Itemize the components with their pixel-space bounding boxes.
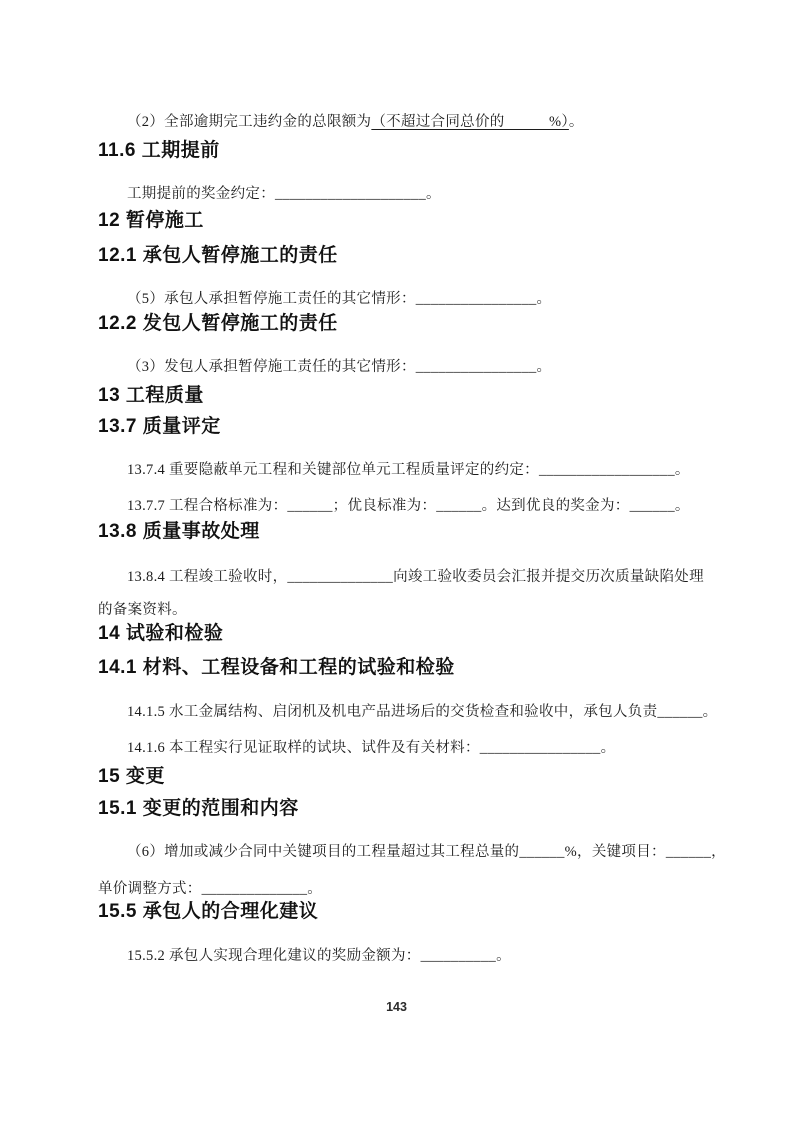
section-heading-12: 12 暂停施工 [98,209,204,233]
clause-text-prefix: （2）全部逾期完工违约金的总限额为 [127,114,371,130]
section-heading-15-5: 15.5 承包人的合理化建议 [98,900,318,924]
clause-13-7-7: 13.7.7 工程合格标准为：______；优良标准为：______。达到优良的… [98,490,698,523]
section-heading-12-1: 12.1 承包人暂停施工的责任 [98,244,338,268]
clause-overdue-penalty-cap: （2）全部逾期完工违约金的总限额为（不超过合同总价的 %）。 [98,106,698,139]
clause-line: 13.8.4 工程竣工验收时，______________向竣工验收委员会汇报并… [98,561,698,594]
section-heading-15: 15 变更 [98,765,165,789]
section-heading-15-1: 15.1 变更的范围和内容 [98,797,299,821]
section-heading-11-6: 11.6 工期提前 [98,139,220,163]
section-heading-13-7: 13.7 质量评定 [98,415,221,439]
clause-15-1-6: （6）增加或减少合同中关键项目的工程量超过其工程总量的______%，关键项目：… [98,834,698,908]
clause-line: （6）增加或减少合同中关键项目的工程量超过其工程总量的______%，关键项目：… [98,834,698,871]
clause-employer-suspension: （3）发包人承担暂停施工责任的其它情形：________________。 [98,351,698,384]
section-heading-13: 13 工程质量 [98,384,204,408]
clause-early-completion-bonus: 工期提前的奖金约定：____________________。 [98,178,698,211]
clause-14-1-5: 14.1.5 水工金属结构、启闭机及机电产品进场后的交货检查和验收中，承包人负责… [98,696,698,729]
clause-15-5-2: 15.5.2 承包人实现合理化建议的奖励金额为：__________。 [98,940,698,973]
section-heading-14: 14 试验和检验 [98,622,223,646]
clause-13-8-4: 13.8.4 工程竣工验收时，______________向竣工验收委员会汇报并… [98,561,698,627]
clause-line: （3）发包人承担暂停施工责任的其它情形：________________。 [98,351,698,384]
clause-text-suffix: 。 [569,114,584,130]
fill-in-underlined-value: （不超过合同总价的 %） [371,114,569,130]
section-heading-12-2: 12.2 发包人暂停施工的责任 [98,312,338,336]
document-content: （2）全部逾期完工违约金的总限额为（不超过合同总价的 %）。 11.6 工期提前… [98,0,698,1122]
section-heading-14-1: 14.1 材料、工程设备和工程的试验和检验 [98,656,455,680]
page-number: 143 [0,1000,793,1014]
clause-14-1-6: 14.1.6 本工程实行见证取样的试块、试件及有关材料：____________… [98,732,698,765]
clause-line: 14.1.6 本工程实行见证取样的试块、试件及有关材料：____________… [98,732,698,765]
clause-line: 14.1.5 水工金属结构、启闭机及机电产品进场后的交货检查和验收中，承包人负责… [98,696,698,729]
clause-line: 工期提前的奖金约定：____________________。 [98,178,698,211]
clause-line: 13.7.4 重要隐蔽单元工程和关键部位单元工程质量评定的约定：________… [98,454,698,487]
clause-line: （2）全部逾期完工违约金的总限额为（不超过合同总价的 %）。 [98,106,698,139]
document-page: （2）全部逾期完工违约金的总限额为（不超过合同总价的 %）。 11.6 工期提前… [0,0,793,1122]
clause-line: 13.7.7 工程合格标准为：______；优良标准为：______。达到优良的… [98,490,698,523]
section-heading-13-8: 13.8 质量事故处理 [98,520,260,544]
clause-13-7-4: 13.7.4 重要隐蔽单元工程和关键部位单元工程质量评定的约定：________… [98,454,698,487]
clause-line: 15.5.2 承包人实现合理化建议的奖励金额为：__________。 [98,940,698,973]
